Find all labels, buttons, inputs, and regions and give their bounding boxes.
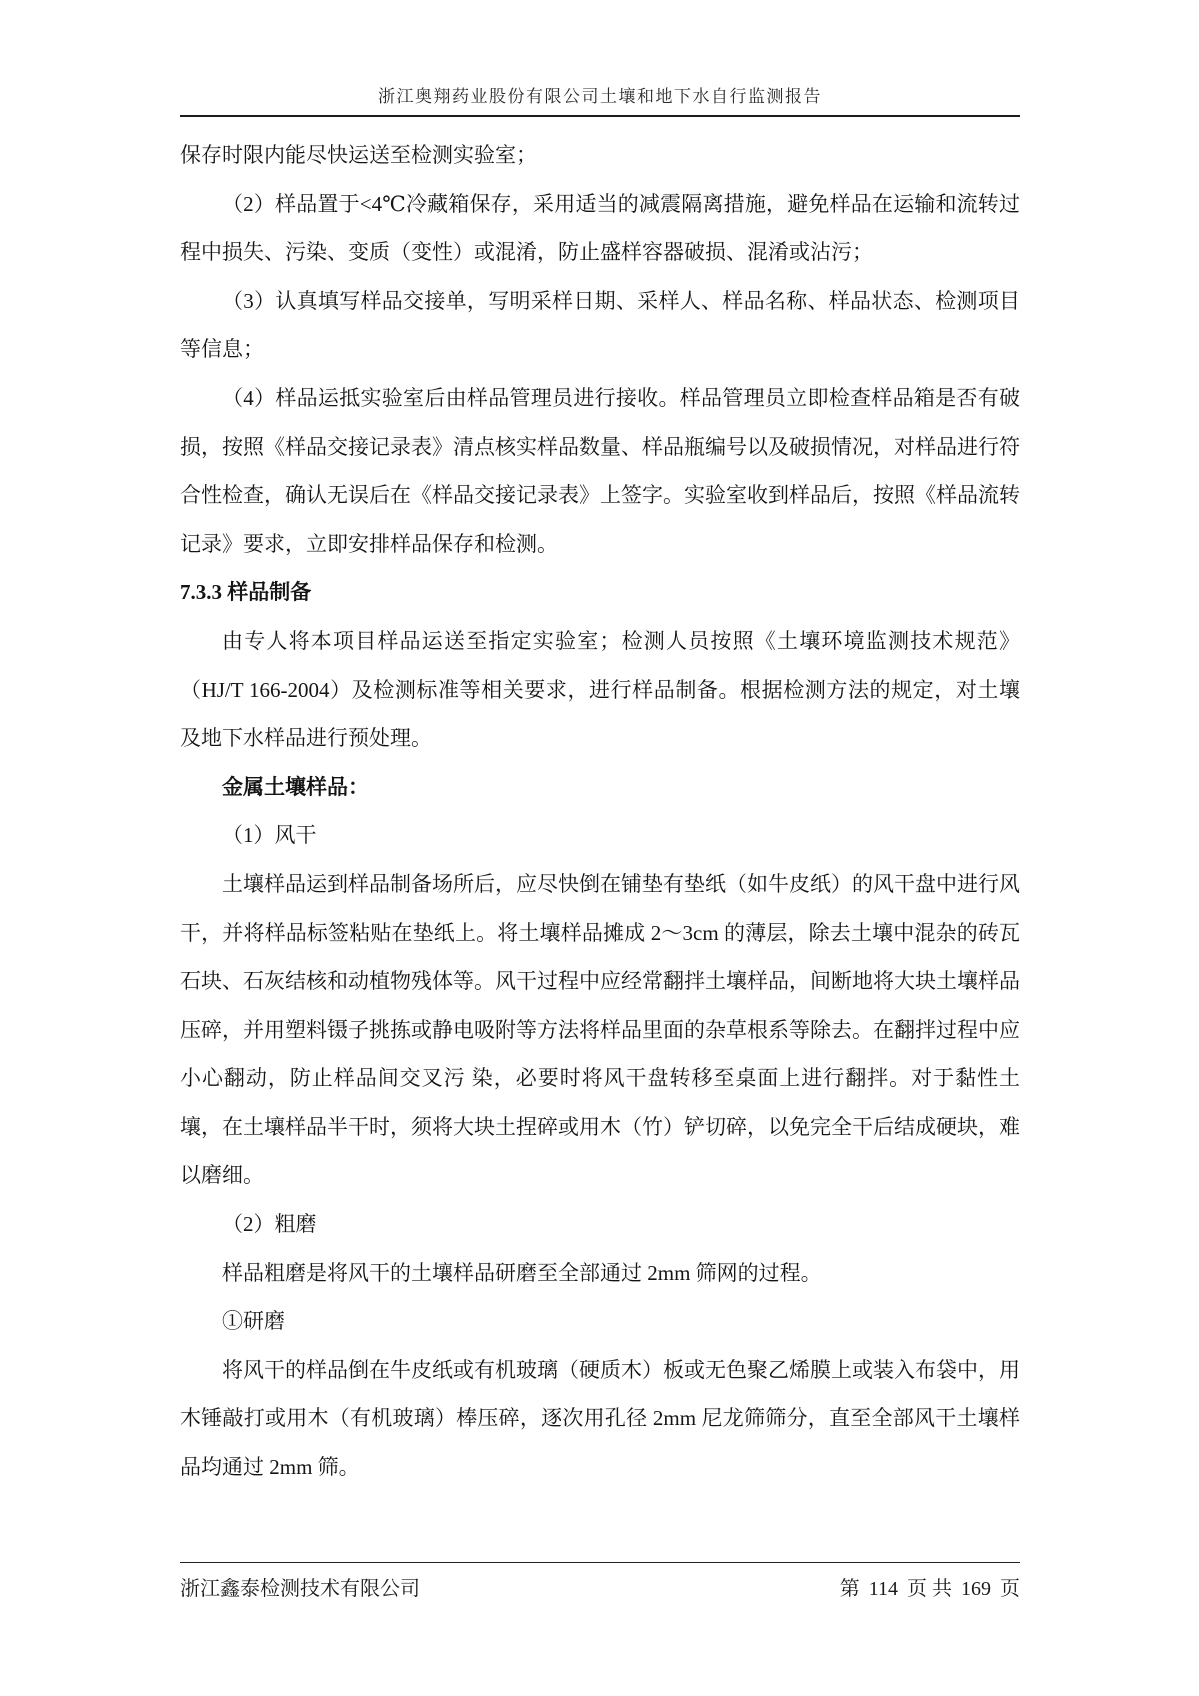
page-label-middle: 页 共	[907, 1578, 952, 1600]
paragraph: 保存时限内能尽快运送至检测实验室；	[180, 131, 1020, 180]
page-number-current: 114	[869, 1578, 898, 1600]
page-footer: 浙江鑫泰检测技术有限公司 第 114 页 共 169 页	[180, 1562, 1020, 1601]
paragraph: ①研磨	[180, 1297, 1020, 1346]
paragraph: 由专人将本项目样品运送至指定实验室；检测人员按照《土壤环境监测技术规范》（HJ/…	[180, 617, 1020, 763]
page-header-title: 浙江奥翔药业股份有限公司土壤和地下水自行监测报告	[180, 82, 1020, 117]
paragraph: 将风干的样品倒在牛皮纸或有机玻璃（硬质木）板或无色聚乙烯膜上或装入布袋中，用木锤…	[180, 1346, 1020, 1492]
paragraph: （4）样品运抵实验室后由样品管理员进行接收。样品管理员立即检查样品箱是否有破损，…	[180, 374, 1020, 568]
document-body: 保存时限内能尽快运送至检测实验室；（2）样品置于<4℃冷藏箱保存，采用适当的减震…	[180, 131, 1020, 1492]
page-label-prefix: 第	[840, 1578, 860, 1600]
paragraph: 土壤样品运到样品制备场所后，应尽快倒在铺垫有垫纸（如牛皮纸）的风干盘中进行风干，…	[180, 860, 1020, 1200]
paragraph: 样品粗磨是将风干的土壤样品研磨至全部通过 2mm 筛网的过程。	[180, 1249, 1020, 1298]
paragraph: （3）认真填写样品交接单，写明采样日期、采样人、样品名称、样品状态、检测项目等信…	[180, 277, 1020, 374]
page-label-suffix: 页	[1000, 1578, 1020, 1600]
page-number-total: 169	[961, 1578, 991, 1600]
footer-page-indicator: 第 114 页 共 169 页	[840, 1572, 1020, 1601]
paragraph: （2）粗磨	[180, 1200, 1020, 1249]
document-page: 浙江奥翔药业股份有限公司土壤和地下水自行监测报告 保存时限内能尽快运送至检测实验…	[0, 0, 1199, 1696]
section-heading: 7.3.3 样品制备	[180, 568, 1020, 617]
sub-heading: 金属土壤样品：	[180, 763, 1020, 812]
paragraph: （1）风干	[180, 811, 1020, 860]
paragraph: （2）样品置于<4℃冷藏箱保存，采用适当的减震隔离措施，避免样品在运输和流转过程…	[180, 180, 1020, 277]
footer-company: 浙江鑫泰检测技术有限公司	[180, 1572, 420, 1601]
